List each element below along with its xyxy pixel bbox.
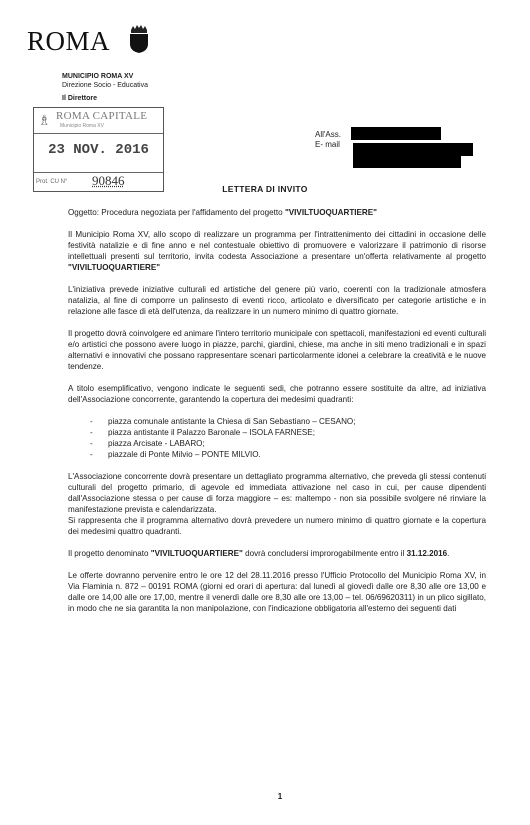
municipality-name: MUNICIPIO ROMA XV (62, 73, 148, 82)
project-name: "VIVILTUOQUARTIERE" (68, 263, 160, 272)
list-item: piazza comunale antistante la Chiesa di … (68, 416, 486, 427)
project-name: "VIVILTUOQUARTIERE" (151, 549, 243, 558)
stamp-emblem-icon: ♗ (38, 112, 51, 129)
rome-crest-icon (128, 24, 150, 54)
list-item: piazzale di Ponte Milvio – PONTE MILVIO. (68, 449, 486, 460)
deadline-date: 31.12.2016 (407, 549, 448, 558)
paragraph-alternative: L'Associazione concorrente dovrà present… (68, 471, 486, 515)
recipient-block: All'Ass. E- mail (315, 130, 341, 150)
issuing-office: MUNICIPIO ROMA XV Direzione Socio - Educ… (62, 73, 148, 104)
letter-heading: LETTERA DI INVITO (0, 184, 530, 194)
redacted-recipient (351, 127, 441, 140)
list-item: piazza Arcisate - LABARO; (68, 438, 486, 449)
roma-logo-text: ROMA (27, 26, 110, 57)
paragraph-minimum: Si rappresenta che il programma alternat… (68, 515, 486, 537)
signatory-role: Il Direttore (62, 95, 148, 104)
project-name: "VIVILTUOQUARTIERE" (285, 208, 377, 217)
email-label: E- mail (315, 140, 341, 150)
list-item: piazza antistante il Palazzo Baronale – … (68, 427, 486, 438)
recipient-label: All'Ass. (315, 130, 341, 140)
deadline-suffix: dovrà concludersi improrogabilmente entr… (243, 549, 407, 558)
paragraph-submission: Le offerte dovranno pervenire entro le o… (68, 570, 486, 614)
subject-text: Oggetto: Procedura negoziata per l'affid… (68, 208, 285, 217)
department-name: Direzione Socio - Educativa (62, 82, 148, 91)
paragraph-initiative: L'iniziativa prevede iniziative cultural… (68, 284, 486, 317)
letter-body: Oggetto: Procedura negoziata per l'affid… (68, 207, 486, 625)
page-number: 1 (0, 792, 530, 801)
locations-list: piazza comunale antistante la Chiesa di … (68, 416, 486, 460)
paragraph-deadline: Il progetto denominato "VIVILTUOQUARTIER… (68, 548, 486, 559)
paragraph-intro: Il Municipio Roma XV, allo scopo di real… (68, 229, 486, 273)
paragraph-locations-intro: A titolo esemplificativo, vengono indica… (68, 383, 486, 405)
stamp-title: ROMA CAPITALE (56, 110, 147, 122)
stamp-subtitle: Municipio Roma XV (60, 123, 104, 129)
subject-line: Oggetto: Procedura negoziata per l'affid… (68, 207, 486, 218)
stamp-date: 23 NOV. 2016 (34, 142, 163, 158)
protocol-stamp: ♗ ROMA CAPITALE Municipio Roma XV 23 NOV… (33, 107, 164, 192)
paragraph-territory: Il progetto dovrà coinvolgere ed animare… (68, 328, 486, 372)
paragraph-intro-text: Il Municipio Roma XV, allo scopo di real… (68, 230, 486, 261)
deadline-prefix: Il progetto denominato (68, 549, 151, 558)
redacted-email-continued (353, 155, 461, 168)
